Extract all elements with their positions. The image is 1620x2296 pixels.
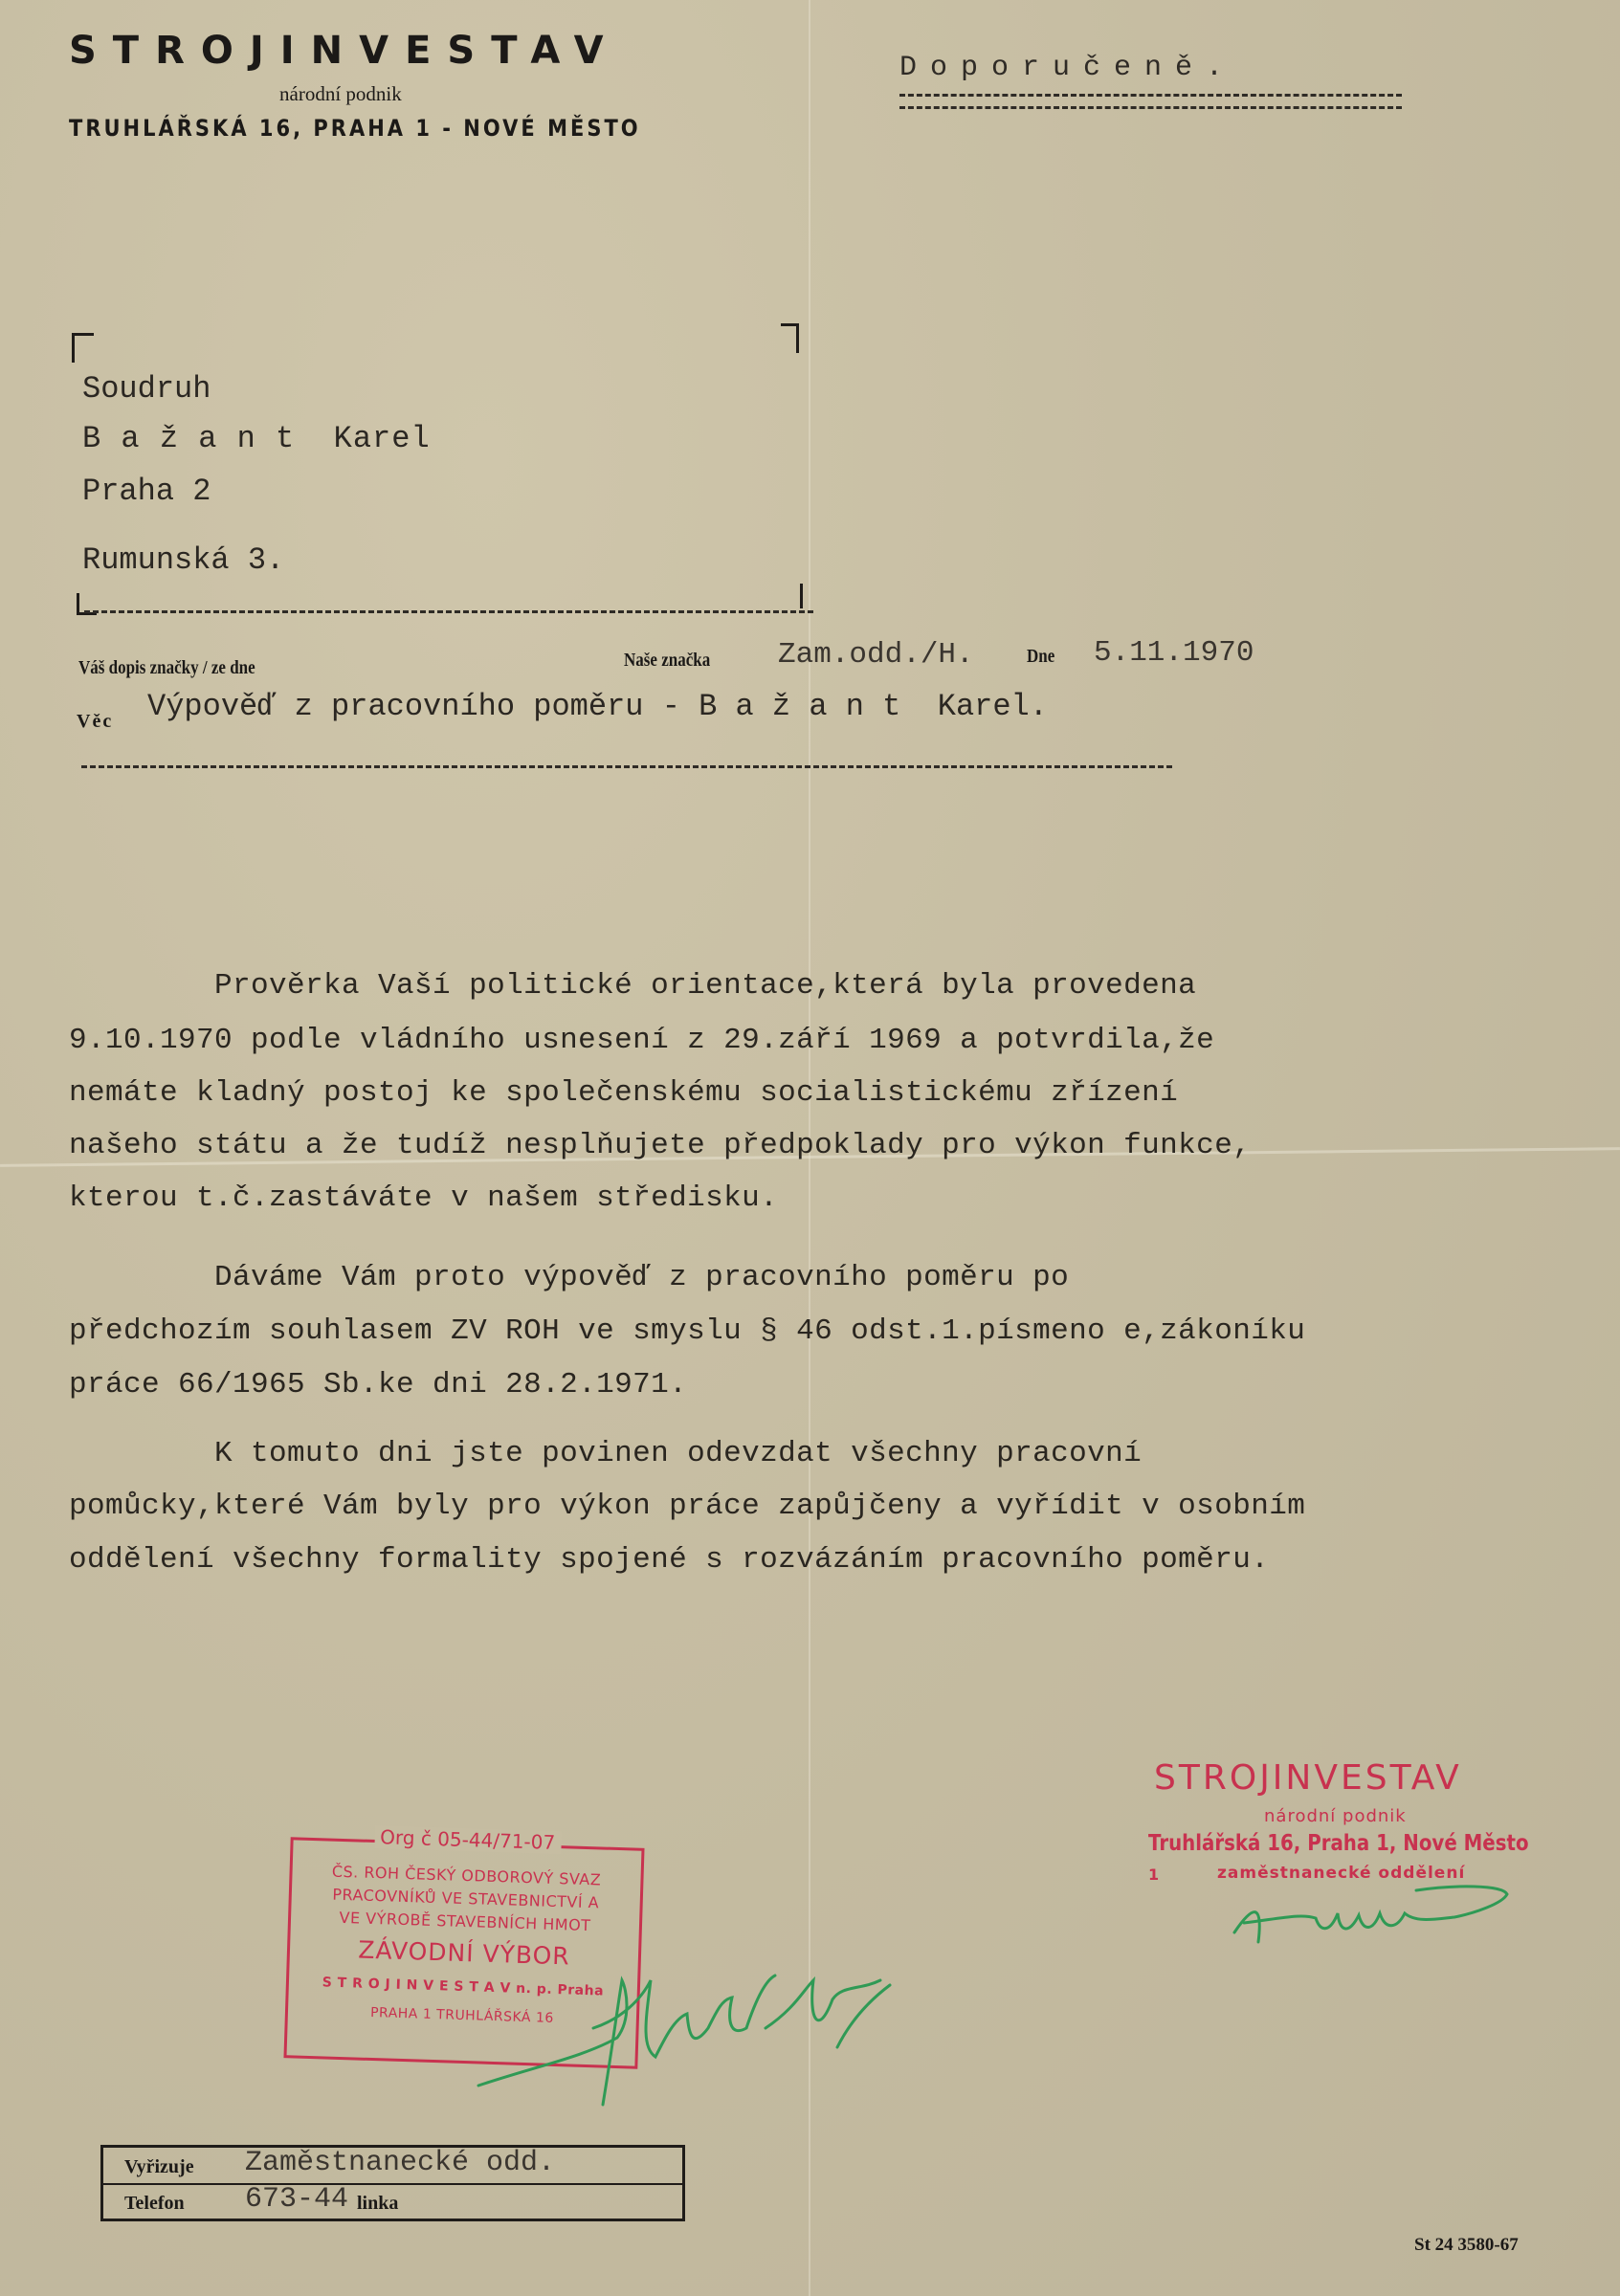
our-ref-label: Naše značka — [624, 650, 710, 672]
our-ref-value: Zam.odd./H. — [778, 638, 974, 672]
letterhead-company: STROJINVESTAV — [69, 29, 620, 73]
company-stamp-type: národní podnik — [1264, 1806, 1407, 1826]
company-stamp-number: 1 — [1148, 1865, 1159, 1884]
subject-underline — [81, 765, 1172, 768]
body-line: kterou t.č.zastáváte v našem středisku. — [69, 1181, 778, 1215]
extension-label: linka — [357, 2193, 398, 2215]
body-line: předchozím souhlasem ZV ROH ve smyslu § … — [69, 1314, 1305, 1348]
body-line: našeho státu a že tudíž nesplňujete před… — [69, 1129, 1251, 1162]
signature-right — [1225, 1875, 1512, 1961]
body-line: práce 66/1965 Sb.ke dni 28.2.1971. — [69, 1368, 687, 1402]
handled-by-label: Vyřizuje — [124, 2156, 194, 2178]
body-line: K tomuto dni jste povinen odevzdat všech… — [69, 1437, 1142, 1470]
your-letter-label: Váš dopis značky / ze dne — [78, 657, 255, 679]
phone-row: Telefon 673-44 linka — [103, 2184, 682, 2219]
date-value: 5.11.1970 — [1094, 636, 1254, 670]
address-corner-mark — [794, 584, 803, 608]
address-corner-mark — [781, 323, 799, 353]
handling-info-box: Vyřizuje Zaměstnanecké odd. Telefon 673-… — [100, 2145, 685, 2221]
body-line: 9.10.1970 podle vládního usnesení z 29.z… — [69, 1024, 1214, 1057]
body-line: pomůcky,které Vám byly pro výkon práce z… — [69, 1490, 1305, 1523]
subject-label: Věc — [77, 711, 113, 733]
phone-label: Telefon — [124, 2193, 185, 2215]
address-underline — [84, 610, 813, 613]
letterhead-address: TRUHLÁŘSKÁ 16, PRAHA 1 - NOVÉ MĚSTO — [69, 115, 641, 142]
delivery-note: Doporučeně. — [899, 52, 1236, 84]
delivery-note-underline — [899, 94, 1402, 109]
subject-text: Výpověď z pracovního poměru - B a ž a n … — [147, 689, 1048, 724]
date-label: Dne — [1027, 646, 1054, 668]
phone-value: 673-44 — [245, 2183, 348, 2216]
company-stamp-name: STROJINVESTAV — [1154, 1758, 1462, 1798]
body-line: Prověrka Vaší politické orientace,která … — [69, 969, 1196, 1003]
body-line: oddělení všechny formality spojené s roz… — [69, 1543, 1269, 1577]
recipient-city: Praha 2 — [82, 474, 211, 509]
recipient-street: Rumunská 3. — [82, 542, 284, 578]
body-line: Dáváme Vám proto výpověď z pracovního po… — [69, 1261, 1069, 1294]
signature-left — [459, 1961, 909, 2114]
handled-by-row: Vyřizuje Zaměstnanecké odd. — [103, 2148, 682, 2185]
form-code: St 24 3580-67 — [1414, 2235, 1519, 2256]
address-corner-mark — [72, 333, 94, 363]
company-stamp-address: Truhlářská 16, Praha 1, Nové Město — [1148, 1831, 1529, 1856]
union-stamp-org: Org č 05-44/71-07 — [374, 1825, 562, 1854]
body-line: nemáte kladný postoj ke společenskému so… — [69, 1076, 1178, 1110]
handled-by-value: Zaměstnanecké odd. — [245, 2147, 555, 2179]
recipient-name: B a ž a n t Karel — [82, 421, 431, 456]
recipient-salutation: Soudruh — [82, 371, 211, 407]
letterhead-type: národní podnik — [279, 82, 402, 106]
